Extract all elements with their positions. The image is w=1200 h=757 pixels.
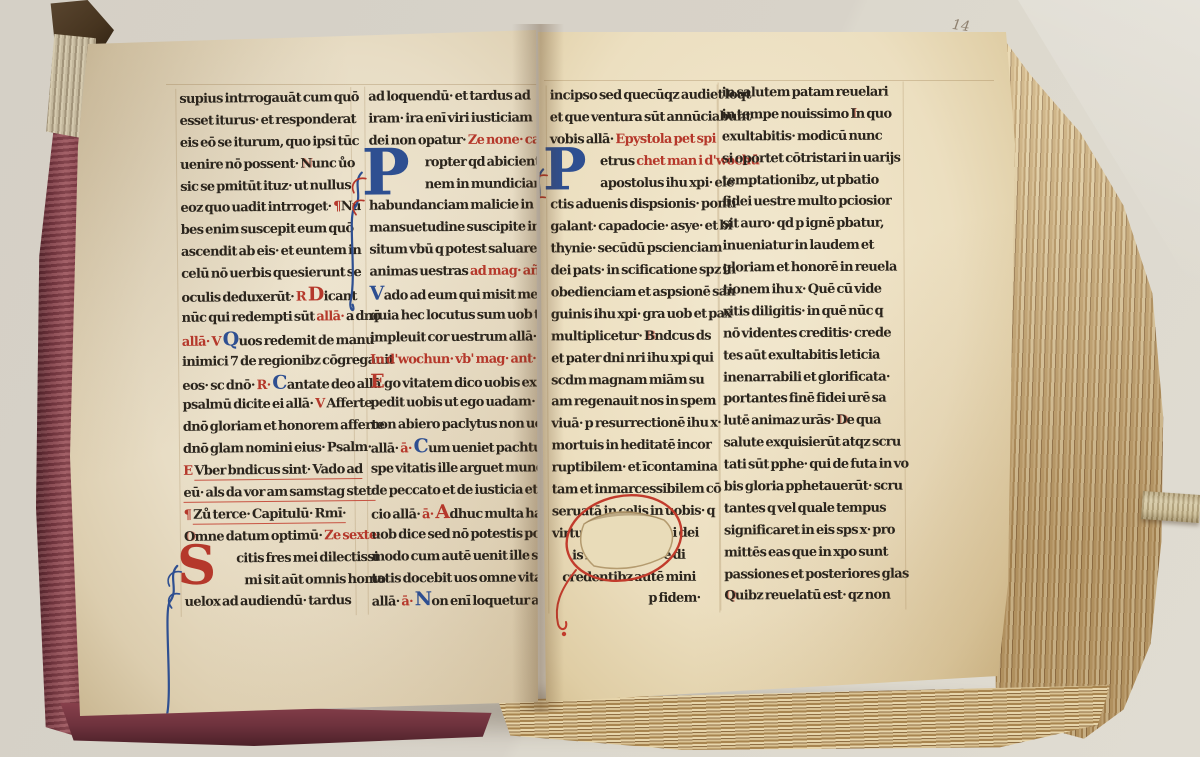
manuscript-text-line: bes enim suscepit eum quō bbox=[181, 218, 349, 242]
text-segment: obedienciam et aspsionē san bbox=[551, 284, 736, 300]
text-segment: in tempe nouissimo bbox=[722, 107, 851, 123]
manuscript-text-line: apostolus ihu xpi· ele bbox=[600, 172, 714, 194]
right-page: incipso sed quecūqz audiet loqtet que ve… bbox=[538, 24, 1016, 704]
bookmark-strap bbox=[1141, 491, 1200, 523]
text-segment: fidei uestre multo pciosior bbox=[722, 194, 891, 210]
text-segment: mittēs eas que in xpo sunt bbox=[724, 544, 888, 560]
manuscript-text-line: allā· ā· Non enī loquetur a se bbox=[372, 589, 540, 612]
text-segment: modo cum autē uenit ille spe vi bbox=[371, 548, 566, 564]
manuscript-text-line: de peccato et de iusticia et de iudi bbox=[371, 479, 539, 502]
folio-number: 14 bbox=[951, 17, 971, 35]
manuscript-text-line: tes aūt exultabitis leticia bbox=[723, 344, 901, 367]
text-segment: sic se pmitūt ituz· ut nullus bbox=[180, 178, 351, 195]
text-segment: uob dice sed nō potestis portare bbox=[371, 526, 573, 542]
text-segment: Q bbox=[223, 328, 239, 350]
text-segment: Zů terce· Capitulū· Rmī· bbox=[193, 506, 346, 525]
text-segment: B bbox=[644, 329, 654, 344]
manuscript-text-line: am regenauit nos in spem bbox=[551, 391, 715, 414]
fore-edge-page-stack bbox=[994, 16, 1174, 746]
text-segment: inimici 7 de regionibz cōgregauit bbox=[182, 352, 394, 369]
text-segment: psalmū dicite ei allā· bbox=[182, 397, 315, 413]
ruling-line bbox=[544, 80, 994, 81]
manuscript-text-line: uenire nō possent· Nunc ůo bbox=[180, 153, 348, 177]
manuscript-text-line: inenarrabili et glorificata· bbox=[723, 366, 901, 389]
text-segment: In d'wochun· vb' mag· ant· bbox=[370, 351, 536, 367]
text-segment: Afferte bbox=[326, 396, 372, 411]
text-segment: temptationibz, ut pbatio bbox=[722, 172, 879, 188]
text-segment: ad loquendū· et tardus ad bbox=[368, 88, 530, 104]
text-segment: tionem ihu x· Quē cū vide bbox=[723, 282, 882, 298]
manuscript-text-line: allā· V Quos redemit de manu bbox=[182, 328, 350, 352]
manuscript-text-line: in tempe nouissimo In quo bbox=[722, 103, 900, 126]
manuscript-text-line: mansuetudine suscipite in bbox=[369, 217, 537, 240]
text-segment: non abiero paclytus non ueniet bbox=[370, 417, 568, 433]
manuscript-text-line: ritis diligitis· in quē nūc q bbox=[723, 300, 901, 323]
text-segment: uenire nō possent· bbox=[180, 156, 300, 172]
manuscript-text-line: esset iturus· et responderat bbox=[179, 109, 347, 133]
manuscript-text-line: mi sit aūt omnis homo bbox=[244, 569, 352, 592]
text-segment: N bbox=[415, 589, 432, 611]
text-segment: C bbox=[414, 435, 429, 457]
text-segment: ā· bbox=[400, 442, 413, 457]
text-segment: in salutem patam reuelari bbox=[722, 85, 888, 101]
text-segment: dei pats· in scificatione spz in bbox=[551, 263, 736, 279]
text-segment: esset iturus· et responderat bbox=[180, 112, 356, 129]
text-segment: ado ad eum qui misit me sed bbox=[384, 287, 563, 303]
text-segment: am regenauit nos in spem bbox=[551, 394, 716, 410]
text-segment: Nu bbox=[341, 199, 361, 214]
text-segment: portantes finē fidei urē sa bbox=[723, 391, 886, 407]
text-segment: tatis docebit uos omne vitatem bbox=[372, 570, 568, 586]
manuscript-text-line: quia hec locutus sum uob tristicia bbox=[370, 304, 538, 327]
manuscript-text-line: modo cum autē uenit ille spe vi bbox=[371, 545, 539, 568]
text-segment: eoz quo uadit intrroget· bbox=[180, 200, 333, 217]
text-segment: exultabitis· modicū nunc bbox=[722, 128, 882, 144]
text-segment: gloriam et honorē in reuela bbox=[723, 260, 897, 276]
text-segment: on enī loquetur a se bbox=[431, 594, 555, 610]
text-segment: D bbox=[308, 283, 324, 305]
text-segment: eis eō se iturum, quo ipsi tūc bbox=[180, 134, 359, 151]
manuscript-text-line: impleuit cor uestrum allā· bbox=[370, 326, 538, 349]
text-segment: et pater dni nri ihu xpi qui bbox=[551, 350, 713, 366]
manuscript-text-line: incipso sed quecūqz audiet loqt bbox=[550, 85, 714, 108]
manuscript-text-line: thynie· secūdū pscienciam bbox=[550, 238, 714, 261]
photo-backdrop: supius intrrogauāt cum quōesset iturus· … bbox=[0, 0, 1200, 757]
manuscript-text-line: passiones et posteriores glas bbox=[724, 563, 902, 586]
text-segment: pedit uobis ut ego uadam· si enī bbox=[370, 395, 570, 411]
manuscript-text-line: multiplicetur· Bndcus ds bbox=[551, 325, 715, 348]
text-segment: ad mag· añ· bbox=[470, 264, 543, 280]
text-segment: go vitatem dico uobis ex bbox=[384, 375, 536, 391]
text-segment: ā· bbox=[422, 507, 435, 522]
text-segment: A bbox=[435, 501, 449, 523]
text-segment: R· bbox=[257, 378, 273, 393]
manuscript-text-line: portantes finē fidei urē sa bbox=[723, 388, 901, 411]
text-segment: R bbox=[296, 290, 308, 305]
text-segment: D bbox=[836, 413, 847, 428]
left-page: supius intrrogauāt cum quōesset iturus· … bbox=[70, 26, 538, 718]
text-segment: multiplicetur· bbox=[551, 329, 644, 344]
text-segment: supius intrrogauāt cum quō bbox=[179, 90, 359, 107]
manuscript-text-line: spe vitatis ille arguet mundum bbox=[371, 458, 539, 481]
manuscript-text-line: iram· ira enī viri iusticiam bbox=[368, 107, 536, 130]
text-segment: dnō gloriam et honorem afferte bbox=[183, 418, 385, 435]
text-segment: iram· ira enī viri iusticiam bbox=[368, 110, 532, 126]
parchment-hole bbox=[581, 512, 673, 569]
text-segment: dnō glam nomini eius· Psalm· bbox=[183, 440, 372, 457]
text-segment: sit auro· qd p ignē pbatur, bbox=[722, 216, 883, 232]
text-segment: si oportet cōtristari in uarijs bbox=[722, 150, 900, 166]
manuscript-text-line: tatis docebit uos omne vitatem bbox=[372, 567, 540, 590]
text-segment: N bbox=[300, 156, 311, 171]
manuscript-text-line: E Vber bndicus sint· Vado ad bbox=[183, 459, 351, 483]
text-column-left-a: supius intrrogauāt cum quōesset iturus· … bbox=[175, 87, 357, 617]
manuscript-text-line: et que ventura sūt annūciabunt bbox=[550, 106, 714, 129]
manuscript-text-line: dei pats· in scificatione spz in bbox=[551, 260, 715, 283]
text-segment: icant bbox=[324, 289, 357, 304]
text-segment: mansuetudine suscipite in bbox=[369, 220, 540, 236]
text-segment: bes enim suscepit eum quō bbox=[181, 221, 354, 238]
text-segment: nūc qui redempti sūt bbox=[182, 309, 317, 325]
manuscript-text-line: etrus chet man i d'wochū· bbox=[600, 150, 714, 172]
manuscript-text-line: et pater dni nri ihu xpi qui bbox=[551, 347, 715, 370]
text-segment: Epystola pet spi bbox=[615, 131, 716, 147]
manuscript-text-line: tionem ihu x· Quē cū vide bbox=[723, 279, 901, 302]
text-segment: e qua bbox=[847, 413, 881, 428]
manuscript-text-line: non abiero paclytus non ueniet bbox=[370, 414, 538, 437]
text-segment: E bbox=[183, 464, 194, 479]
manuscript-text-line: oculis deduxerūt· R Dicant bbox=[181, 284, 349, 308]
manuscript-text-line: psalmū dicite ei allā· V Afferte bbox=[182, 394, 350, 418]
text-segment: ritis diligitis· in quē nūc q bbox=[723, 304, 883, 320]
text-segment: Vber bndicus sint· Vado ad bbox=[194, 462, 362, 481]
manuscript-text-line: bis gloria pphetauerūt· scru bbox=[724, 476, 902, 499]
manuscript-text-line: allā· ā· Cum ueniet pachtus bbox=[371, 436, 539, 459]
text-column-left-b: ad loquendū· et tardus adiram· ira enī v… bbox=[364, 85, 544, 614]
parchment-hole-red-circle bbox=[546, 476, 696, 646]
text-segment: galant· capadocie· asye· et bi bbox=[550, 219, 732, 235]
text-segment: significaret in eis sps x· pro bbox=[724, 522, 895, 538]
text-segment: impleuit cor uestrum allā· bbox=[370, 329, 537, 345]
manuscript-text-line: viuā· p resurrectionē ihu x· bbox=[551, 413, 715, 436]
text-segment: bis gloria pphetauerūt· scru bbox=[724, 479, 903, 495]
manuscript-text-line: si oportet cōtristari in uarijs bbox=[722, 147, 900, 170]
manuscript-text-line: tati sūt pphe· qui de futa in vo bbox=[724, 454, 902, 477]
manuscript-text-line: sic se pmitūt ituz· ut nullus bbox=[180, 175, 348, 199]
text-segment: eos· sc dnō· bbox=[182, 378, 256, 394]
text-segment: Q bbox=[724, 589, 735, 604]
text-segment: allā· bbox=[316, 309, 346, 324]
text-segment: V bbox=[370, 283, 384, 305]
text-segment: ruptibilem· et īcontamina bbox=[552, 460, 718, 476]
penwork-flourish bbox=[153, 562, 191, 739]
manuscript-text-line: ¶ Zů terce· Capitulū· Rmī· bbox=[184, 503, 352, 527]
text-segment: passiones et posteriores glas bbox=[724, 566, 908, 582]
manuscript-text-line: eū· als da vor am samstag stet· bbox=[183, 481, 351, 505]
text-segment: Ze none· caij· bbox=[468, 132, 552, 148]
manuscript-text-line: eoz quo uadit intrroget· ¶Nu bbox=[180, 197, 348, 221]
text-segment: animas uestras bbox=[369, 264, 470, 280]
manuscript-text-line: citis fres mei dilectissi bbox=[236, 547, 352, 570]
text-segment: unc ůo bbox=[311, 156, 354, 171]
text-segment: inenarrabili et glorificata· bbox=[723, 369, 890, 385]
manuscript-text-line: nem in mundiciam et bbox=[425, 173, 537, 196]
illuminated-initial: P bbox=[543, 145, 587, 195]
text-segment: allā· bbox=[372, 595, 402, 610]
manuscript-text-line: dnō glam nomini eius· Psalm· bbox=[183, 437, 351, 461]
manuscript-text-line: scdm magnam miām su bbox=[551, 369, 715, 392]
text-segment: n quo bbox=[856, 106, 892, 121]
manuscript-text-line: situm vbū q potest saluare bbox=[369, 239, 537, 262]
manuscript-text-line: lutē animaz urās· De qua bbox=[723, 410, 901, 433]
manuscript-text-line: Quibz reuelatū est· qz non bbox=[724, 585, 902, 608]
manuscript-text-line: inimici 7 de regionibz cōgregauit bbox=[182, 350, 350, 374]
text-segment: celū nō uerbis quesierunt se bbox=[181, 265, 361, 282]
manuscript-text-line: inueniatur in laudem et bbox=[722, 235, 900, 258]
text-segment: mi sit aūt omnis homo bbox=[244, 571, 385, 587]
text-segment: uibz reuelatū est· qz non bbox=[735, 588, 890, 604]
manuscript-text-line: dnō gloriam et honorem afferte bbox=[183, 415, 351, 439]
manuscript-text-line: mittēs eas que in xpo sunt bbox=[724, 541, 902, 564]
manuscript-text-line: exultabitis· modicū nunc bbox=[722, 125, 900, 148]
manuscript-text-line: sit auro· qd p ignē pbatur, bbox=[722, 213, 900, 236]
text-segment: eū· als da vor am samstag stet· bbox=[183, 484, 375, 503]
text-segment: tati sūt pphe· qui de futa in vo bbox=[724, 457, 909, 473]
text-column-right-b: in salutem patam reuelariin tempe nouiss… bbox=[718, 82, 907, 611]
manuscript-text-line: cio allā· ā· Adhuc multa habeo bbox=[371, 501, 539, 524]
text-segment: guinis ihu xpi· gra uob et pax bbox=[551, 306, 732, 322]
manuscript-text-line: obedienciam et aspsionē san bbox=[551, 282, 715, 305]
text-segment: ā· bbox=[401, 595, 414, 610]
text-segment: situm vbū q potest saluare bbox=[369, 242, 537, 258]
text-segment: allā· bbox=[371, 442, 401, 457]
text-segment: salute exquisierūt atqz scru bbox=[723, 435, 900, 451]
red-ink-tail bbox=[557, 570, 576, 629]
text-segment: V bbox=[315, 397, 326, 412]
text-segment: nō videntes creditis· crede bbox=[723, 325, 891, 341]
text-segment: C bbox=[272, 371, 287, 393]
text-segment: E bbox=[370, 370, 384, 392]
text-segment: etrus bbox=[600, 154, 636, 169]
text-segment: lutē animaz urās· bbox=[723, 413, 836, 429]
text-segment: mortuis in heditatē incor bbox=[551, 438, 711, 454]
manuscript-text-line: salute exquisierūt atqz scru bbox=[723, 432, 901, 455]
text-segment: ndcus ds bbox=[654, 328, 711, 343]
manuscript-text-line: ascendit ab eis· et euntem in bbox=[181, 240, 349, 264]
manuscript-text-line: supius intrrogauāt cum quō bbox=[179, 87, 347, 111]
manuscript-text-line: eos· sc dnō· R· Cantate deo allā bbox=[182, 372, 350, 396]
manuscript-text-line: in salutem patam reuelari bbox=[722, 82, 900, 105]
manuscript-text-line: ropter qd abicientes om bbox=[425, 151, 537, 174]
text-segment: citis fres mei dilectissi bbox=[236, 550, 378, 566]
manuscript-text-line: guinis ihu xpi· gra uob et pax bbox=[551, 303, 715, 326]
text-segment: uos redemit de manu bbox=[238, 333, 373, 349]
text-segment: tantes q vel quale tempus bbox=[724, 501, 886, 517]
text-segment: cio allā· bbox=[371, 507, 422, 522]
text-segment: inueniatur in laudem et bbox=[722, 238, 873, 254]
illuminated-initial: P bbox=[362, 146, 411, 201]
illuminated-initial: S bbox=[177, 542, 216, 588]
manuscript-text-line: gloriam et honorē in reuela bbox=[723, 257, 901, 280]
text-segment: oculis deduxerūt· bbox=[181, 290, 296, 306]
manuscript-text-line: Ego vitatem dico uobis ex bbox=[370, 370, 538, 393]
text-segment: scdm magnam miām su bbox=[551, 372, 704, 388]
manuscript-text-line: Vado ad eum qui misit me sed bbox=[370, 282, 538, 305]
text-segment: apostolus ihu xpi· ele bbox=[600, 175, 734, 191]
manuscript-text-line: animas uestras ad mag· añ· bbox=[369, 261, 537, 284]
text-segment: um ueniet pachtus bbox=[428, 441, 549, 457]
text-segment: ascendit ab eis· et euntem in bbox=[181, 243, 361, 260]
text-segment: viuā· p resurrectionē ihu x· bbox=[551, 416, 721, 432]
manuscript-text-line: pedit uobis ut ego uadam· si enī bbox=[370, 392, 538, 415]
manuscript-text-line: In d'wochun· vb' mag· ant· bbox=[370, 348, 538, 371]
manuscript-text-line: celū nō uerbis quesierunt se bbox=[181, 262, 349, 286]
red-ink-dot bbox=[562, 632, 566, 636]
manuscript-text-line: mortuis in heditatē incor bbox=[551, 435, 715, 458]
text-segment: spe vitatis ille arguet mundum bbox=[371, 460, 566, 476]
text-segment: thynie· secūdū pscienciam bbox=[550, 241, 721, 257]
text-segment: allā· V bbox=[182, 334, 223, 349]
manuscript-text-line: nō videntes creditis· crede bbox=[723, 322, 901, 345]
manuscript-text-line: uob dice sed nō potestis portare bbox=[371, 523, 539, 546]
manuscript-text-line: nūc qui redempti sūt allā· a dnō bbox=[182, 306, 350, 330]
manuscript-text-line: eis eō se iturum, quo ipsi tūc bbox=[180, 131, 348, 155]
manuscript-text-line: temptationibz, ut pbatio bbox=[722, 169, 900, 192]
manuscript-text-line: ad loquendū· et tardus ad bbox=[368, 85, 536, 108]
text-segment: tes aūt exultabitis leticia bbox=[723, 347, 880, 363]
manuscript-text-line: fidei uestre multo pciosior bbox=[722, 191, 900, 214]
manuscript-text-line: significaret in eis sps x· pro bbox=[724, 519, 902, 542]
manuscript-text-line: galant· capadocie· asye· et bi bbox=[550, 216, 714, 239]
manuscript-text-line: tantes q vel quale tempus bbox=[724, 497, 902, 520]
